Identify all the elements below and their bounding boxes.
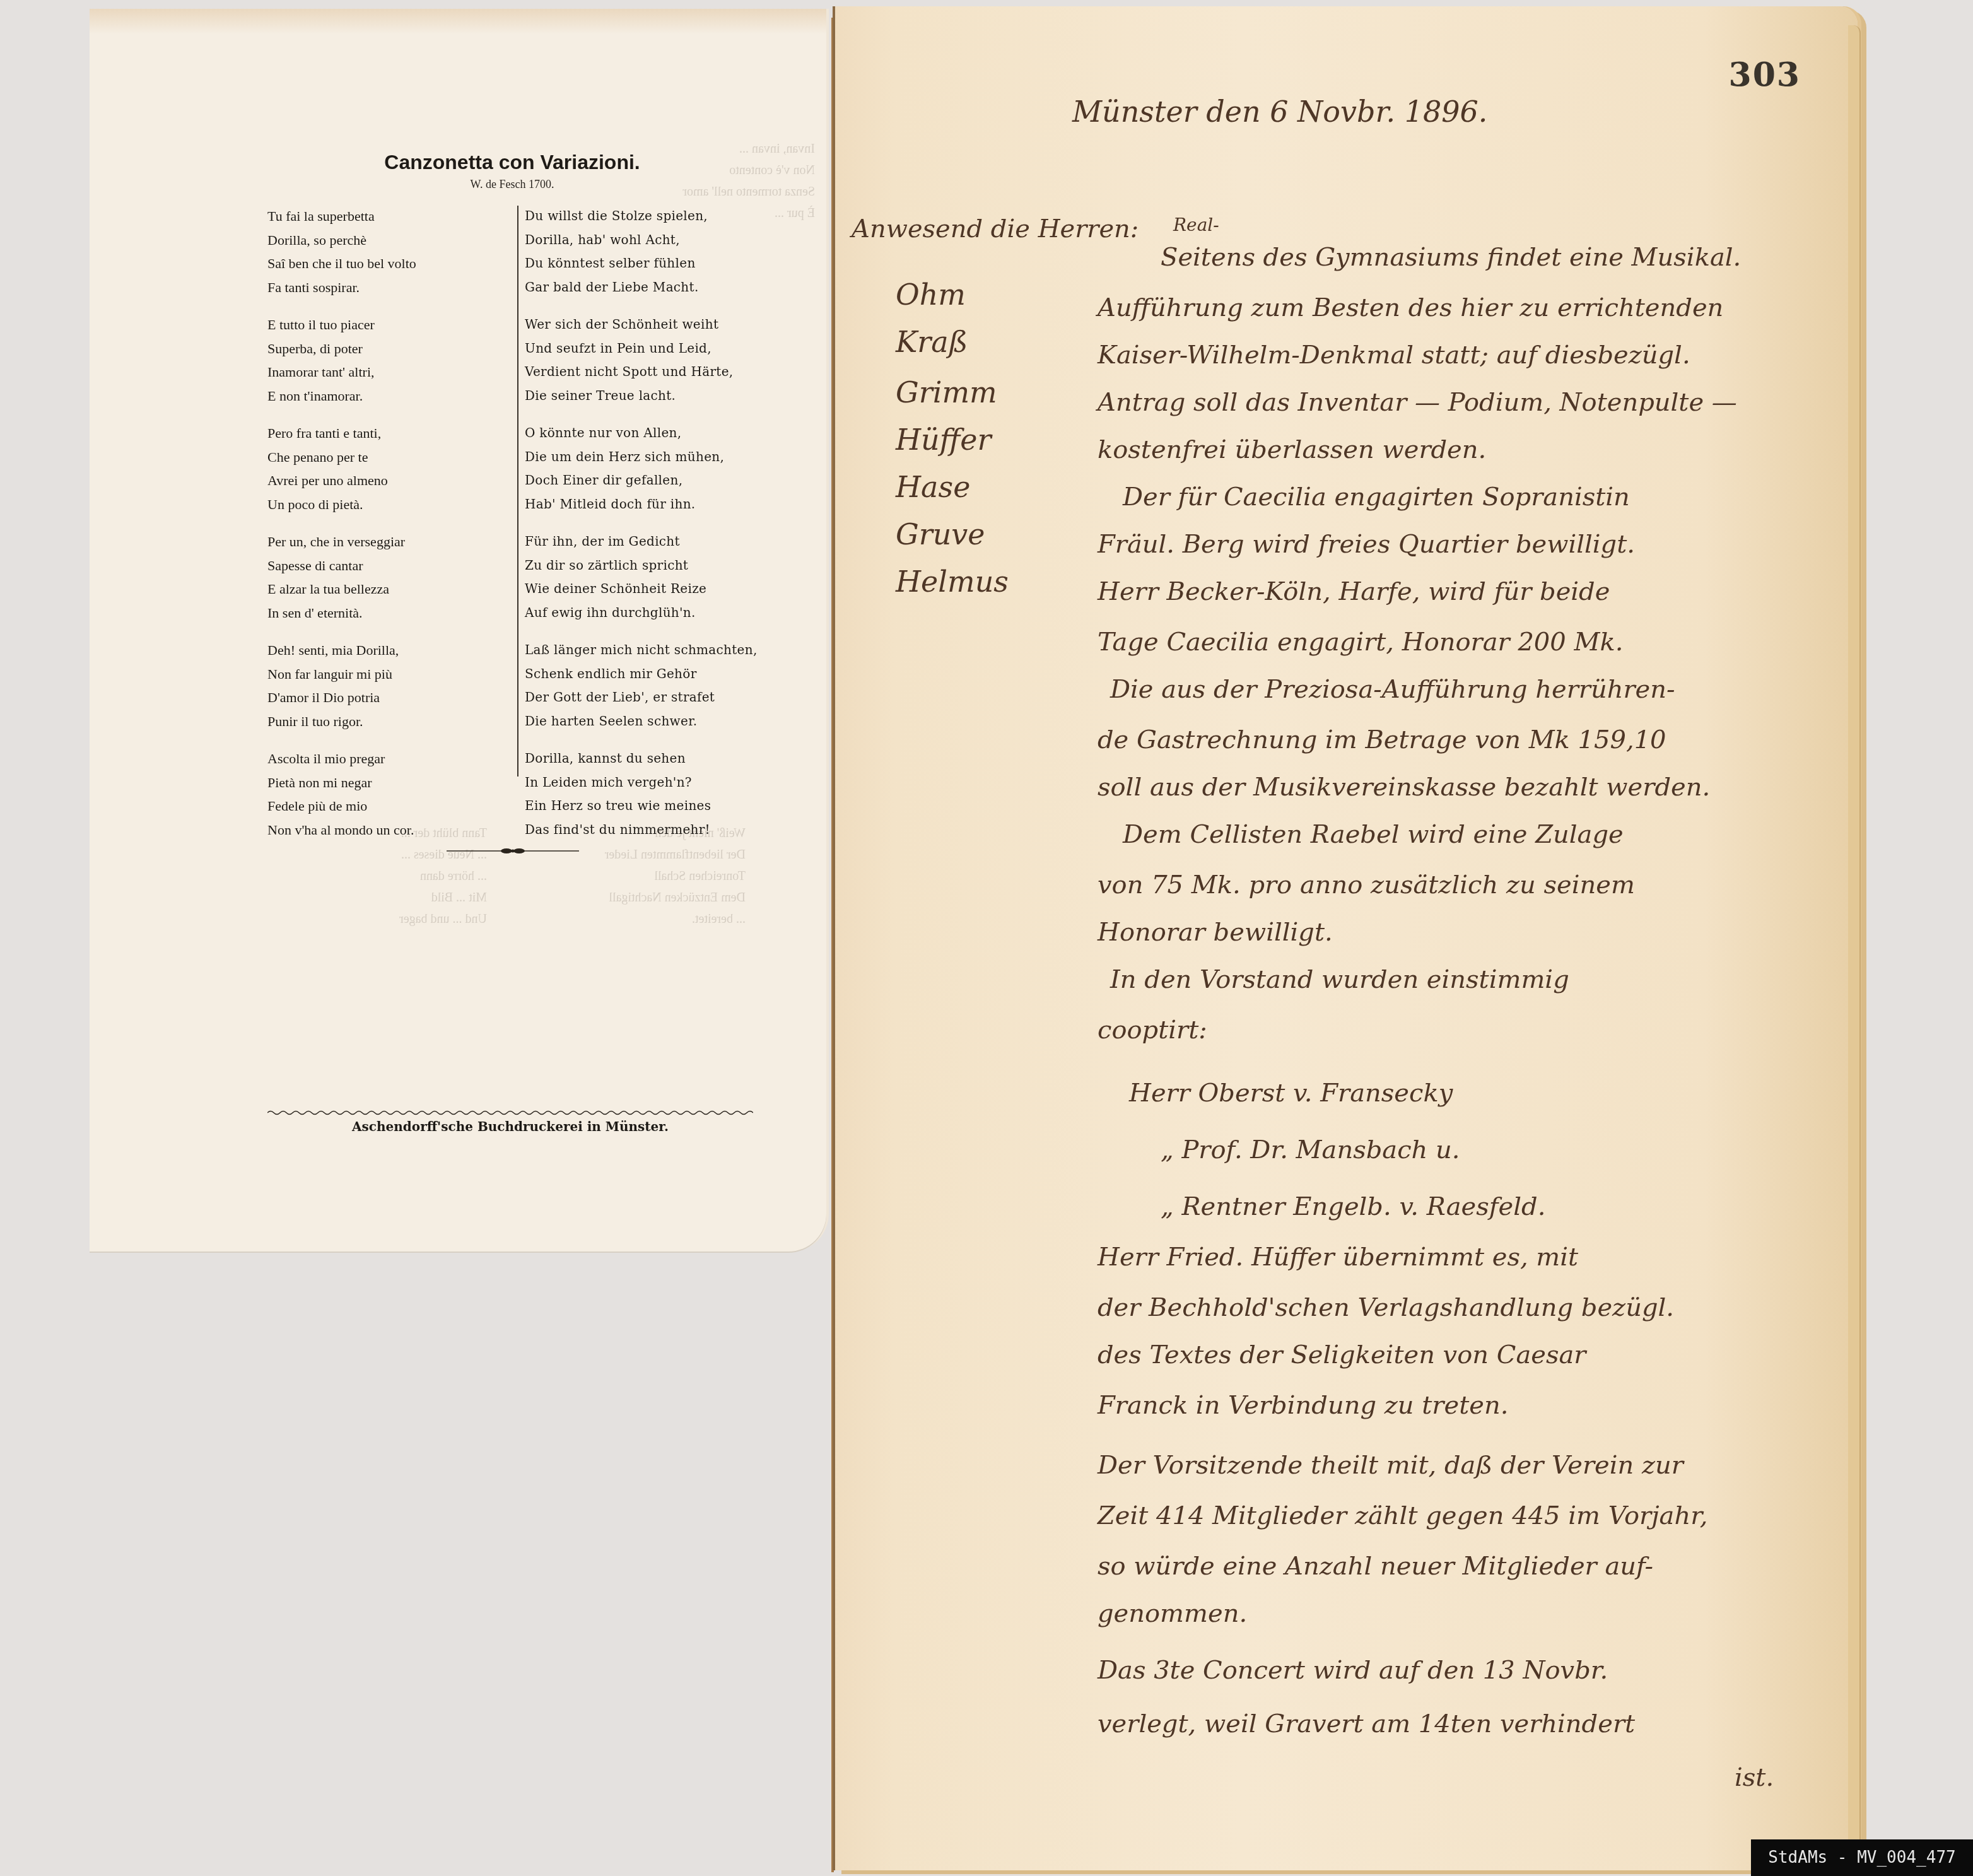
entry-line: so würde eine Anzahl neuer Mitglieder au… — [1098, 1552, 1653, 1581]
entry-line: Das 3te Concert wird auf den 13 Novbr. — [1098, 1656, 1608, 1685]
lyric-line: Du willst die Stolze spielen, — [525, 204, 853, 228]
lyric-line: Ascolta il mio pregar — [267, 747, 520, 771]
lyric-line: Avrei per uno almeno — [267, 469, 520, 493]
stanza: Wer sich der Schönheit weiht Und seufzt … — [525, 313, 853, 407]
lyric-line: Wie deiner Schönheit Reize — [525, 577, 853, 601]
lyric-line: Die seiner Treue lacht. — [525, 384, 853, 408]
lyric-line: Verdient nicht Spott und Härte, — [525, 360, 853, 384]
lyric-line: O könnte nur von Allen, — [525, 421, 853, 445]
stanza: Deh! senti, mia Dorilla, Non far languir… — [267, 638, 520, 733]
lyric-line: Fa tanti sospirar. — [267, 276, 520, 300]
entry-line: kostenfrei überlassen werden. — [1098, 435, 1486, 464]
lyric-line: Laß länger mich nicht schmachten, — [525, 638, 853, 662]
lyric-line: Hab' Mitleid doch für ihn. — [525, 493, 853, 517]
entry-line: Tage Caecilia engagirt, Honorar 200 Mk. — [1098, 628, 1623, 657]
lyric-line: Der Gott der Lieb', er strafet — [525, 686, 853, 710]
entry-line: Aufführung zum Besten des hier zu errich… — [1098, 293, 1723, 322]
stanza: Ascolta il mio pregar Pietà non mi negar… — [267, 747, 520, 841]
entry-line: des Textes der Seligkeiten von Caesar — [1098, 1340, 1586, 1369]
lyric-line: Saî ben che il tuo bel volto — [267, 252, 520, 276]
lyric-line: Pietà non mi negar — [267, 771, 520, 795]
stanza: Pero fra tanti e tanti, Che penano per t… — [267, 421, 520, 516]
entry-line: Seitens des Gymnasiums findet eine Musik… — [1161, 243, 1741, 272]
lyric-line: Für ihn, der im Gedicht — [525, 530, 853, 554]
entry-line: Der Vorsitzende theilt mit, daß der Vere… — [1098, 1451, 1683, 1480]
attendee: Ohm — [896, 278, 966, 312]
song-title: Canzonetta con Variazioni. — [266, 151, 758, 174]
entry-line: „ Rentner Engelb. v. Raesfeld. — [1161, 1192, 1545, 1221]
entry-line: de Gastrechnung im Betrage von Mk 159,10 — [1098, 725, 1666, 754]
entry-line: Der für Caecilia engagirten Sopranistin — [1123, 483, 1630, 512]
lyric-line: Fedele più de mio — [267, 794, 520, 818]
lyric-line: Wer sich der Schönheit weiht — [525, 313, 853, 337]
lyric-line: In sen d' eternità. — [267, 601, 520, 625]
stanza: Laß länger mich nicht schmachten, Schenk… — [525, 638, 853, 733]
entry-line: Honorar bewilligt. — [1098, 918, 1333, 947]
lyric-line: E non t'inamorar. — [267, 384, 520, 408]
entry-line: Fräul. Berg wird freies Quartier bewilli… — [1098, 530, 1635, 559]
attendee: Grimm — [896, 375, 997, 409]
lyric-line: Che penano per te — [267, 445, 520, 469]
lyric-line: Das find'st du nimmermehr! — [525, 818, 853, 842]
lyric-line: Punir il tuo rigor. — [267, 710, 520, 734]
entry-line: verlegt, weil Gravert am 14ten verhinder… — [1098, 1709, 1635, 1738]
lyric-line: Du könntest selber fühlen — [525, 252, 853, 276]
lyric-line: Dorilla, kannst du sehen — [525, 747, 853, 771]
lyric-line: Auf ewig ihn durchglüh'n. — [525, 601, 853, 625]
entry-line: von 75 Mk. pro anno zusätzlich zu seinem — [1098, 871, 1635, 900]
italian-lyrics: Tu fai la superbetta Dorilla, so perchè … — [267, 204, 520, 855]
lyric-line: Zu dir so zärtlich spricht — [525, 554, 853, 578]
entry-line: Antrag soll das Inventar — Podium, Noten… — [1098, 388, 1737, 417]
entry-line: Kaiser-Wilhelm-Denkmal statt; auf diesbe… — [1098, 341, 1690, 370]
lyric-line: Inamorar tant' altri, — [267, 360, 520, 384]
entry-line: Dem Cellisten Raebel wird eine Zulage — [1123, 820, 1624, 849]
entry-line: ist. — [1735, 1763, 1774, 1792]
lyric-line: In Leiden mich vergeh'n? — [525, 771, 853, 795]
printer-imprint: Aschendorff'sche Buchdruckerei in Münste… — [267, 1119, 753, 1134]
stanza: E tutto il tuo piacer Superba, di poter … — [267, 313, 520, 407]
lyric-line: Sapesse di cantar — [267, 554, 520, 578]
lyric-line: Superba, di poter — [267, 337, 520, 361]
stanza: O könnte nur von Allen, Die um dein Herz… — [525, 421, 853, 516]
lyric-line: Und seufzt in Pein und Leid, — [525, 337, 853, 361]
lyric-line: Dorilla, so perchè — [267, 228, 520, 252]
lyric-line: Die harten Seelen schwer. — [525, 710, 853, 734]
composer-line: W. de Fesch 1700. — [266, 178, 758, 191]
ledger-page: 303 Münster den 6 Novbr. 1896. Anwesend … — [833, 6, 1858, 1870]
printed-program-sheet: Invan, invan ...Non v'è contentoSenza to… — [90, 9, 826, 1252]
lyric-line: Doch Einer dir gefallen, — [525, 469, 853, 493]
lyric-line: Deh! senti, mia Dorilla, — [267, 638, 520, 662]
lyric-line: E tutto il tuo piacer — [267, 313, 520, 337]
lyric-line: Per un, che in verseggiar — [267, 530, 520, 554]
lyric-line: Non v'ha al mondo un cor. — [267, 818, 520, 842]
entry-line: Herr Oberst v. Fransecky — [1129, 1079, 1453, 1108]
lyric-line: Tu fai la superbetta — [267, 204, 520, 228]
attendee: Hase — [896, 470, 970, 504]
stanza: Dorilla, kannst du sehen In Leiden mich … — [525, 747, 853, 841]
entry-line: Real- — [1173, 214, 1219, 235]
german-lyrics: Du willst die Stolze spielen, Dorilla, h… — [525, 204, 853, 855]
lyric-line: D'amor il Dio potria — [267, 686, 520, 710]
attendees-label: Anwesend die Herren: — [852, 214, 1139, 243]
entry-line: „ Prof. Dr. Mansbach u. — [1161, 1135, 1460, 1164]
attendee: Kraß — [896, 325, 968, 359]
lyric-line: Gar bald der Liebe Macht. — [525, 276, 853, 300]
entry-line: soll aus der Musikvereinskasse bezahlt w… — [1098, 773, 1710, 802]
entry-line: genommen. — [1098, 1599, 1247, 1628]
entry-line: Franck in Verbindung zu treten. — [1098, 1391, 1508, 1420]
page-number: 303 — [1728, 56, 1801, 94]
lyric-line: Pero fra tanti e tanti, — [267, 421, 520, 445]
stanza: Tu fai la superbetta Dorilla, so perchè … — [267, 204, 520, 299]
lyric-line: Dorilla, hab' wohl Acht, — [525, 228, 853, 252]
entry-line: Herr Becker-Köln, Harfe, wird für beide — [1098, 577, 1610, 606]
entry-line: Die aus der Preziosa-Aufführung herrühre… — [1110, 675, 1675, 704]
wavy-rule-icon — [267, 1108, 753, 1117]
entry-line: Zeit 414 Mitglieder zählt gegen 445 im V… — [1098, 1501, 1708, 1530]
entry-line: In den Vorstand wurden einstimmig — [1110, 965, 1569, 994]
ledger-page-edge — [1848, 25, 1861, 1855]
stanza: Per un, che in verseggiar Sapesse di can… — [267, 530, 520, 624]
ornament-divider-icon — [447, 848, 579, 854]
attendee: Hüffer — [896, 423, 992, 457]
date-line: Münster den 6 Novbr. 1896. — [1072, 95, 1487, 129]
stanza: Du willst die Stolze spielen, Dorilla, h… — [525, 204, 853, 299]
entry-line: cooptirt: — [1098, 1016, 1207, 1045]
lyric-line: E alzar la tua bellezza — [267, 577, 520, 601]
attendee: Gruve — [896, 517, 985, 551]
entry-line: Herr Fried. Hüffer übernimmt es, mit — [1098, 1243, 1578, 1272]
lyric-line: Ein Herz so treu wie meines — [525, 794, 853, 818]
lyric-line: Un poco di pietà. — [267, 493, 520, 517]
lyric-line: Die um dein Herz sich mühen, — [525, 445, 853, 469]
attendee: Helmus — [896, 565, 1009, 599]
lyric-line: Schenk endlich mir Gehör — [525, 662, 853, 686]
entry-line: der Bechhold'schen Verlagshandlung bezüg… — [1098, 1293, 1674, 1322]
archive-reference-label: StdAMs - MV_004_477 — [1751, 1839, 1973, 1876]
lyric-line: Non far languir mi più — [267, 662, 520, 686]
stanza: Für ihn, der im Gedicht Zu dir so zärtli… — [525, 530, 853, 624]
